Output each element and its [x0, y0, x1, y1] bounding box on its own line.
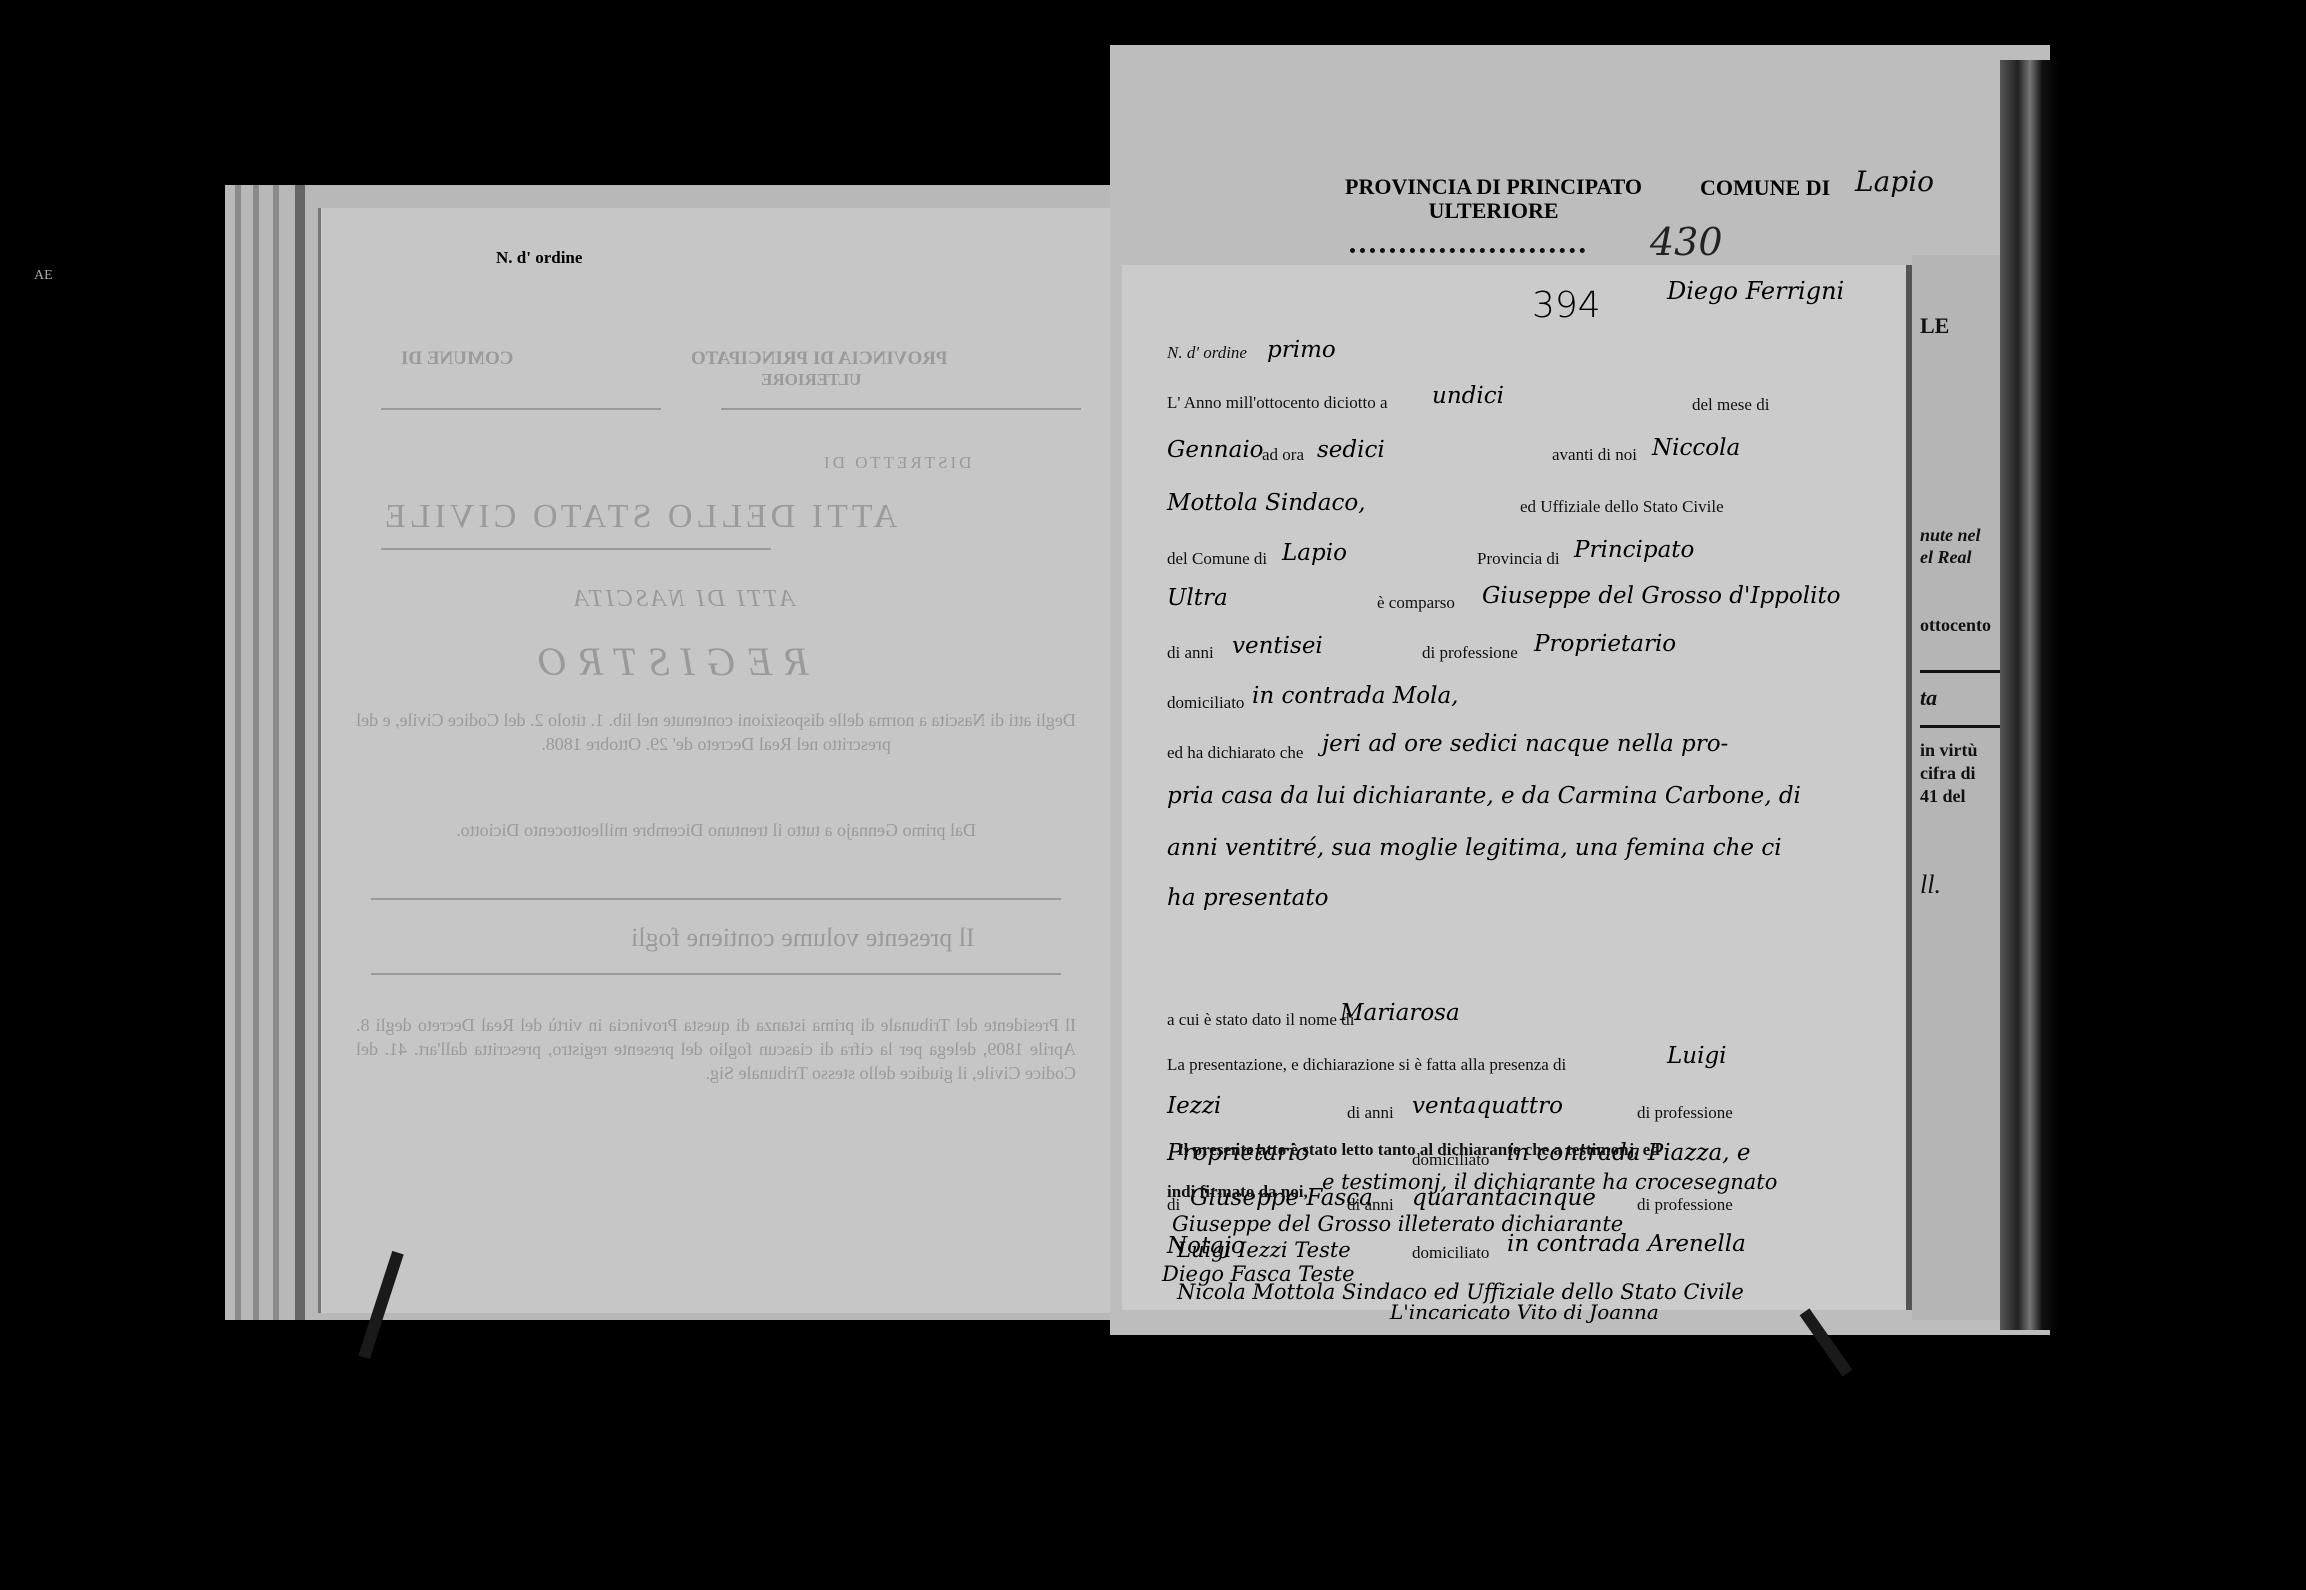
signature-delegate: L'incaricato Vito di Joanna	[1390, 1300, 1659, 1324]
provincia-label: Provincia di	[1477, 549, 1560, 569]
ghost-distretto: DISTRETTO DI	[821, 453, 971, 473]
ghost-para3: Il Presidente del Tribunale di prima ist…	[356, 1013, 1076, 1085]
age-label: di anni	[1167, 643, 1214, 663]
ghost-comune: COMUNE DI	[401, 348, 513, 370]
cover-provincia-text: PROVINCIA DI PRINCIPATO	[1345, 175, 1642, 199]
witness1-surname: Iezzi	[1167, 1093, 1221, 1119]
witness-intro: La presentazione, e dichiarazione si è f…	[1167, 1055, 1566, 1075]
page-edge	[295, 185, 305, 1320]
edge-fragment: in virtù	[1920, 740, 1978, 761]
edge-fragment: LE	[1920, 313, 1949, 339]
ghost-volume: Il presente volume contiene fogli	[631, 923, 975, 953]
domicile-label: domiciliato	[1167, 693, 1244, 713]
declarant-profession: Proprietario	[1534, 631, 1676, 657]
declarant-name: Giuseppe del Grosso d'Ippolito	[1482, 583, 1841, 609]
decorative-rule	[1350, 243, 1585, 253]
page-edge	[273, 185, 279, 1320]
mayor-surname-title: Mottola Sindaco,	[1167, 490, 1366, 516]
edge-rule	[1920, 725, 2000, 728]
declarant-domicile: in contrada Mola,	[1252, 683, 1459, 709]
name-annotation: Diego Ferrigni	[1667, 277, 1844, 305]
declaration-line-3: anni ventitré, sua moglie legitima, una …	[1167, 835, 1782, 861]
edge-fragment: ll.	[1920, 870, 1941, 900]
signature-declarant: Giuseppe del Grosso illeterato dichiaran…	[1172, 1212, 1623, 1236]
cover-province: PROVINCIA DI PRINCIPATO ULTERIORE	[1345, 175, 1642, 223]
record-number: 394	[1532, 285, 1601, 326]
month-label: del mese di	[1692, 395, 1769, 415]
ghost-para2: Dal primo Gennajo a tutto il trentuno Di…	[356, 818, 1076, 842]
child-name-label: a cui è stato dato il nome di	[1167, 1010, 1354, 1030]
mayor-first-name: Niccola	[1652, 435, 1740, 461]
underlying-page-edge: LE nute nel el Real ottocento ta in virt…	[1912, 255, 2002, 1320]
declarant-age: ventisei	[1232, 633, 1323, 659]
hour-label: ad ora	[1262, 445, 1304, 465]
provincia-value: Principato	[1574, 537, 1694, 563]
cover-ulteriore-text: ULTERIORE	[1345, 199, 1642, 223]
ghost-divider	[381, 548, 771, 550]
ghost-divider	[381, 408, 661, 410]
child-name: Mariarosa	[1340, 1000, 1460, 1026]
before-us-label: avanti di noi	[1552, 445, 1637, 465]
ghost-subtitle: ATTI DI NASCITA	[571, 586, 795, 613]
signature-note: e testimonj, il dichiarante ha crocesegn…	[1322, 1170, 1777, 1194]
provincia-value-cont: Ultra	[1167, 585, 1228, 611]
torn-page-edges	[2000, 60, 2060, 1330]
ghost-registro: REGISTRO	[526, 638, 809, 685]
officer-label: ed Uffiziale dello Stato Civile	[1520, 497, 1724, 517]
edge-fragment: ta	[1920, 685, 1937, 711]
edge-fragment: el Real	[1920, 547, 1972, 568]
appeared-label: è comparso	[1377, 593, 1455, 613]
witness1-profession-label: di professione	[1637, 1103, 1733, 1123]
hour-value: sedici	[1317, 437, 1385, 463]
closing-section: Il presente atto è stato letto tanto al …	[1122, 1140, 1912, 1310]
cover-comune-label: COMUNE DI	[1700, 175, 1830, 201]
edge-fragment: cifra di	[1920, 763, 1976, 784]
cover-comune-value: Lapio	[1855, 165, 1934, 198]
ghost-divider	[371, 973, 1061, 975]
declaration-line-2: pria casa da lui dichiarante, e da Carmi…	[1167, 783, 1801, 809]
ghost-provincia: PROVINCIA DI PRINCIPATO	[691, 348, 948, 370]
order-value: primo	[1267, 337, 1336, 363]
ghost-divider	[371, 898, 1061, 900]
comune-value: Lapio	[1282, 540, 1347, 566]
signature-witness1: Luigi Iezzi Teste	[1177, 1238, 1351, 1262]
signed-label: indi firmato da noi,	[1167, 1182, 1308, 1202]
order-label: N. d' ordine	[1167, 343, 1247, 363]
ghost-para1: Degli atti di Nascita a norma delle disp…	[356, 708, 1076, 756]
day-value: undici	[1432, 383, 1504, 409]
left-page: N. d' ordine PROVINCIA DI PRINCIPATO ULT…	[318, 208, 1116, 1313]
ghost-title: ATTI DELLO STATO CIVILE	[381, 498, 897, 536]
edge-rule	[1920, 670, 2000, 673]
comune-label: del Comune di	[1167, 549, 1267, 569]
declared-label: ed ha dichiarato che	[1167, 743, 1303, 763]
page-edge	[235, 185, 241, 1320]
edge-fragment: nute nel	[1920, 525, 1981, 546]
declaration-line-1: jeri ad ore sedici nacque nella pro-	[1322, 731, 1728, 757]
edge-fragment: 41 del	[1920, 786, 1966, 807]
background-mark: AE	[34, 268, 53, 284]
declaration-line-4: ha presentato	[1167, 885, 1328, 911]
line-1-print: L' Anno mill'ottocento diciotto a	[1167, 393, 1388, 413]
ghost-divider	[721, 408, 1081, 410]
witness1-age-label: di anni	[1347, 1103, 1394, 1123]
witness1-age: ventaquattro	[1412, 1093, 1563, 1119]
edge-fragment: ottocento	[1920, 615, 1991, 636]
cover-number: 430	[1650, 220, 1723, 264]
order-number-label: N. d' ordine	[496, 248, 582, 268]
closing-statement: Il presente atto è stato letto tanto al …	[1177, 1140, 1660, 1160]
witness1-first-name: Luigi	[1667, 1043, 1727, 1069]
month-value: Gennaio	[1167, 437, 1264, 463]
page-edge	[253, 185, 259, 1320]
ghost-ulteriore: ULTERIORE	[761, 370, 861, 390]
profession-label: di professione	[1422, 643, 1518, 663]
